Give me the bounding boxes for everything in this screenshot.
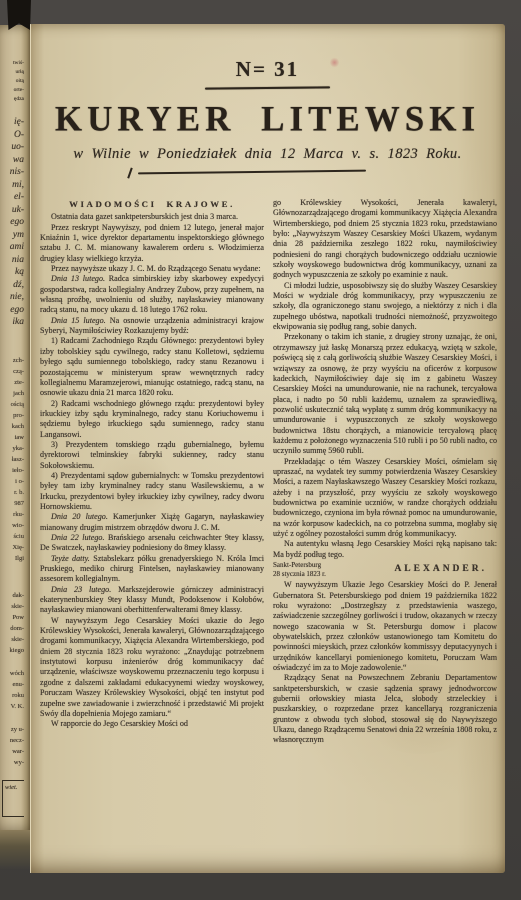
article-paragraph: 4) Prezydentami sądow gubernialnych: w T…: [40, 471, 264, 512]
spine-text-fragment: orte-: [0, 86, 24, 95]
article-paragraph: W naywyższym Jego Cesarskiey Mości ukazi…: [40, 616, 264, 719]
spine-text-fragment: nis-: [0, 166, 24, 179]
article-paragraph: Na autentyku własną Jego Cesarskiey Mośc…: [273, 539, 497, 560]
spine-text-fragment: Pow: [0, 612, 24, 623]
article-paragraph: W rapporcie do Jego Cesarskiey Mości od: [40, 719, 264, 729]
article-paragraph: Dnia 15 lutego. Na osnowie urządzenia ad…: [40, 316, 264, 337]
spine-text-fragment: ieło-: [0, 465, 24, 476]
spine-text-fragment: dom-: [0, 623, 24, 634]
date-lead: Teyże datty.: [51, 554, 93, 563]
spine-text-fragment: war-: [0, 746, 24, 757]
article-paragraph: 1) Radcami Zachodniego Rządu Głównego: p…: [40, 336, 264, 398]
article-paragraph: Dnia 20 lutego. Kamerjunker Xiążę Gagary…: [40, 512, 264, 533]
spine-text-fragment: ką: [0, 266, 24, 279]
spine-text-fragment: necz-: [0, 735, 24, 746]
spine-text-fragment: 987: [0, 498, 24, 509]
spine-text-fragment: r. b.: [0, 487, 24, 498]
spine-text-fragment: ego: [0, 304, 24, 317]
signature-place-date: Sankt-Petersburg28 stycznia 1823 r.: [273, 561, 326, 578]
spine-text-fragment: roku: [0, 690, 24, 701]
article-paragraph: 2) Radcami wschodniego głównego rządu: p…: [40, 399, 264, 440]
book-scan-view: twiś-urłąoitąorte-ędzaię-O-uo-wanis-mi,e…: [0, 0, 521, 900]
signature-block: Sankt-Petersburg28 stycznia 1823 r.ALEXA…: [273, 561, 497, 578]
spine-text-fragment: rku-: [0, 509, 24, 520]
article-paragraph: Ostatnia data gazet sanktpetersburskich …: [40, 212, 264, 222]
spine-text-fragment: wio-: [0, 520, 24, 531]
spine-text-fragment: wa: [0, 154, 24, 167]
spine-text-fragment: nia: [0, 254, 24, 267]
spine-text-fragment: dź,: [0, 279, 24, 292]
spine-text-fragment: Xię-: [0, 542, 24, 553]
spine-text-fragment: zy u-: [0, 724, 24, 735]
spine-text-fragment: ami: [0, 241, 24, 254]
spine-text-fragment: Ilgi: [0, 553, 24, 564]
spine-text-fragment: ika: [0, 316, 24, 329]
article-columns: WIADOMOŚCI KRAJOWE.Ostatnia data gazet s…: [40, 198, 497, 860]
article-paragraph: go Królewskiey Wysokości, Jenerała kawal…: [273, 198, 497, 281]
issue-divider-rule: [205, 86, 330, 89]
right-column: go Królewskiey Wysokości, Jenerała kawal…: [273, 198, 497, 860]
spine-text-fragment: enu-: [0, 679, 24, 690]
spine-text-fragment: skie-: [0, 634, 24, 645]
spine-text-fragment: V. K.: [0, 701, 24, 712]
signature-name: ALEXANDER.: [394, 564, 497, 574]
article-paragraph: Przekonany o takim ich stanie, z drugiey…: [273, 332, 497, 456]
article-paragraph: Przez naywyższe ukazy J. C. M. do Rządzą…: [40, 264, 264, 274]
article-paragraph: 3) Prezydentem tomskiego rządu gubernial…: [40, 440, 264, 471]
masthead-divider-rule: [138, 170, 366, 175]
spine-text-fragment: ściu: [0, 531, 24, 542]
spine-text-fragment: el-: [0, 191, 24, 204]
article-paragraph: Dnia 22 lutego. Brańskiego arsenału ceic…: [40, 533, 264, 554]
spine-text-fragment: iaw: [0, 432, 24, 443]
article-paragraph: Rządzący Senat na Powszechnem Zebraniu D…: [273, 673, 497, 745]
spine-text-fragment: O-: [0, 129, 24, 142]
spine-text-fragment: nie,: [0, 291, 24, 304]
spine-text-fragment: uo-: [0, 141, 24, 154]
date-lead: Dnia 22 lutego.: [51, 533, 108, 542]
date-lead: Dnia 20 lutego.: [51, 512, 113, 521]
spine-text-fragment: zch-: [0, 355, 24, 366]
spine-text-fragment: kach: [0, 421, 24, 432]
article-paragraph: Przez reskrypt Naywyższy, pod dniem 12 l…: [40, 223, 264, 264]
spine-text-fragment: łasz-: [0, 454, 24, 465]
spine-text-fragment: ym: [0, 229, 24, 242]
date-lead: Dnia 23 lutego.: [51, 585, 118, 594]
left-column: WIADOMOŚCI KRAJOWE.Ostatnia data gazet s…: [40, 198, 264, 860]
spine-text-fragment: wy-: [0, 757, 24, 768]
spine-text-fragment: ością: [0, 399, 24, 410]
page-block-edge: [0, 830, 30, 870]
spine-text-fragment: wóch: [0, 668, 24, 679]
section-heading: WIADOMOŚCI KRAJOWE.: [40, 199, 264, 209]
spine-text-fragment: urłą: [0, 68, 24, 77]
article-paragraph: Ci młodzi ludzie, usposobiwszy się do sł…: [273, 281, 497, 333]
article-paragraph: Teyże datty. Sztabslekarz półku grenadye…: [40, 554, 264, 585]
spine-text-fragment: twiś-: [0, 59, 24, 68]
spine-text-fragment: oitą: [0, 77, 24, 86]
spine-text-fragment: i o-: [0, 476, 24, 487]
spine-text-fragment: ędza: [0, 95, 24, 104]
article-paragraph: Dnia 23 lutego. Markszejderowie górnicze…: [40, 585, 264, 616]
newspaper-title: KURYER LITEWSKI: [30, 98, 505, 140]
spine-text-fragment: jach: [0, 388, 24, 399]
spine-text-fragment: wiet.: [2, 780, 24, 817]
spine-text-fragment: skie-: [0, 601, 24, 612]
previous-page-text-fragments: twiś-urłąoitąorte-ędzaię-O-uo-wanis-mi,e…: [0, 25, 28, 825]
spine-text-fragment: ię-: [0, 116, 24, 129]
article-paragraph: Przekładając o tém Waszey Cesarskiey Moś…: [273, 457, 497, 540]
article-paragraph: W naywyższym Ukazie Jego Cesarskiey Mośc…: [273, 580, 497, 673]
date-lead: Dnia 15 lutego.: [51, 316, 110, 325]
spine-text-fragment: pro-: [0, 410, 24, 421]
date-lead: Dnia 13 lutego.: [51, 274, 109, 283]
spine-text-fragment: czą-: [0, 366, 24, 377]
spine-text-fragment: mi,: [0, 179, 24, 192]
spine-text-fragment: yka-: [0, 443, 24, 454]
spine-text-fragment: kiego: [0, 645, 24, 656]
newspaper-page: N= 31 KURYER LITEWSKI w Wilnie w Poniedz…: [30, 24, 505, 873]
masthead-dateline: w Wilnie w Poniedziałek dnia 12 Marca v.…: [30, 146, 505, 163]
spine-text-fragment: dak-: [0, 590, 24, 601]
spine-text-fragment: ego: [0, 216, 24, 229]
issue-number: N= 31: [30, 57, 505, 82]
spine-text-fragment: zte-: [0, 377, 24, 388]
spine-text-fragment: uk-: [0, 204, 24, 217]
article-paragraph: Dnia 13 lutego. Radca simbirskiey izby s…: [40, 274, 264, 315]
